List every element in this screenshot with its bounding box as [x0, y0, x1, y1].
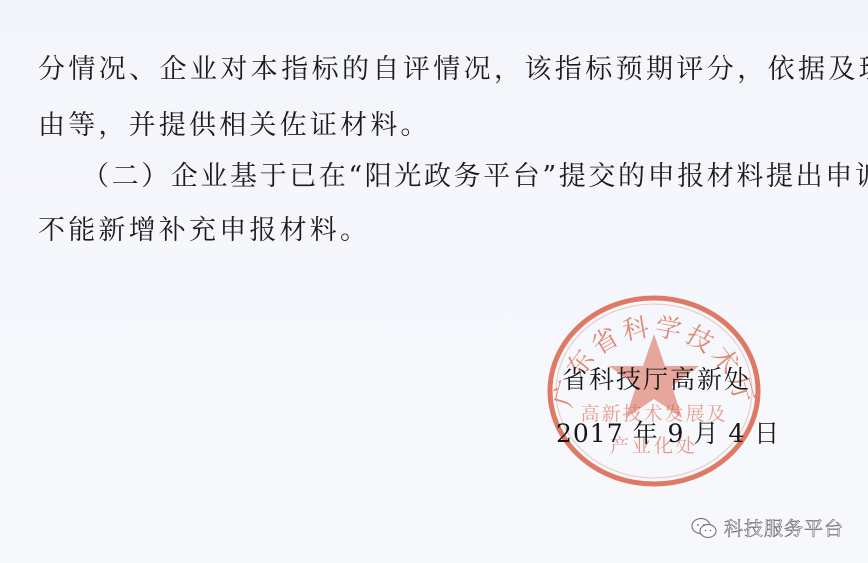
document-page: 分情况、企业对本指标的自评情况，该指标预期评分，依据及理 由等，并提供相关佐证材… — [0, 0, 868, 563]
paragraph-line-1: 分情况、企业对本指标的自评情况，该指标预期评分，依据及理 — [38, 56, 868, 83]
signature-date: 2017 年 9 月 4 日 — [556, 421, 780, 446]
wechat-icon — [690, 517, 718, 539]
paragraph-line-2: 由等，并提供相关佐证材料。 — [38, 112, 431, 139]
signature-org: 省科技厅高新处 — [562, 367, 751, 392]
watermark: 科技服务平台 — [690, 514, 844, 541]
watermark-label: 科技服务平台 — [724, 514, 844, 541]
paragraph-line-3: （二）企业基于已在“阳光政务平台”提交的申报材料提出申诉， — [82, 163, 868, 190]
paragraph-line-4: 不能新增补充申报材料。 — [38, 217, 370, 244]
